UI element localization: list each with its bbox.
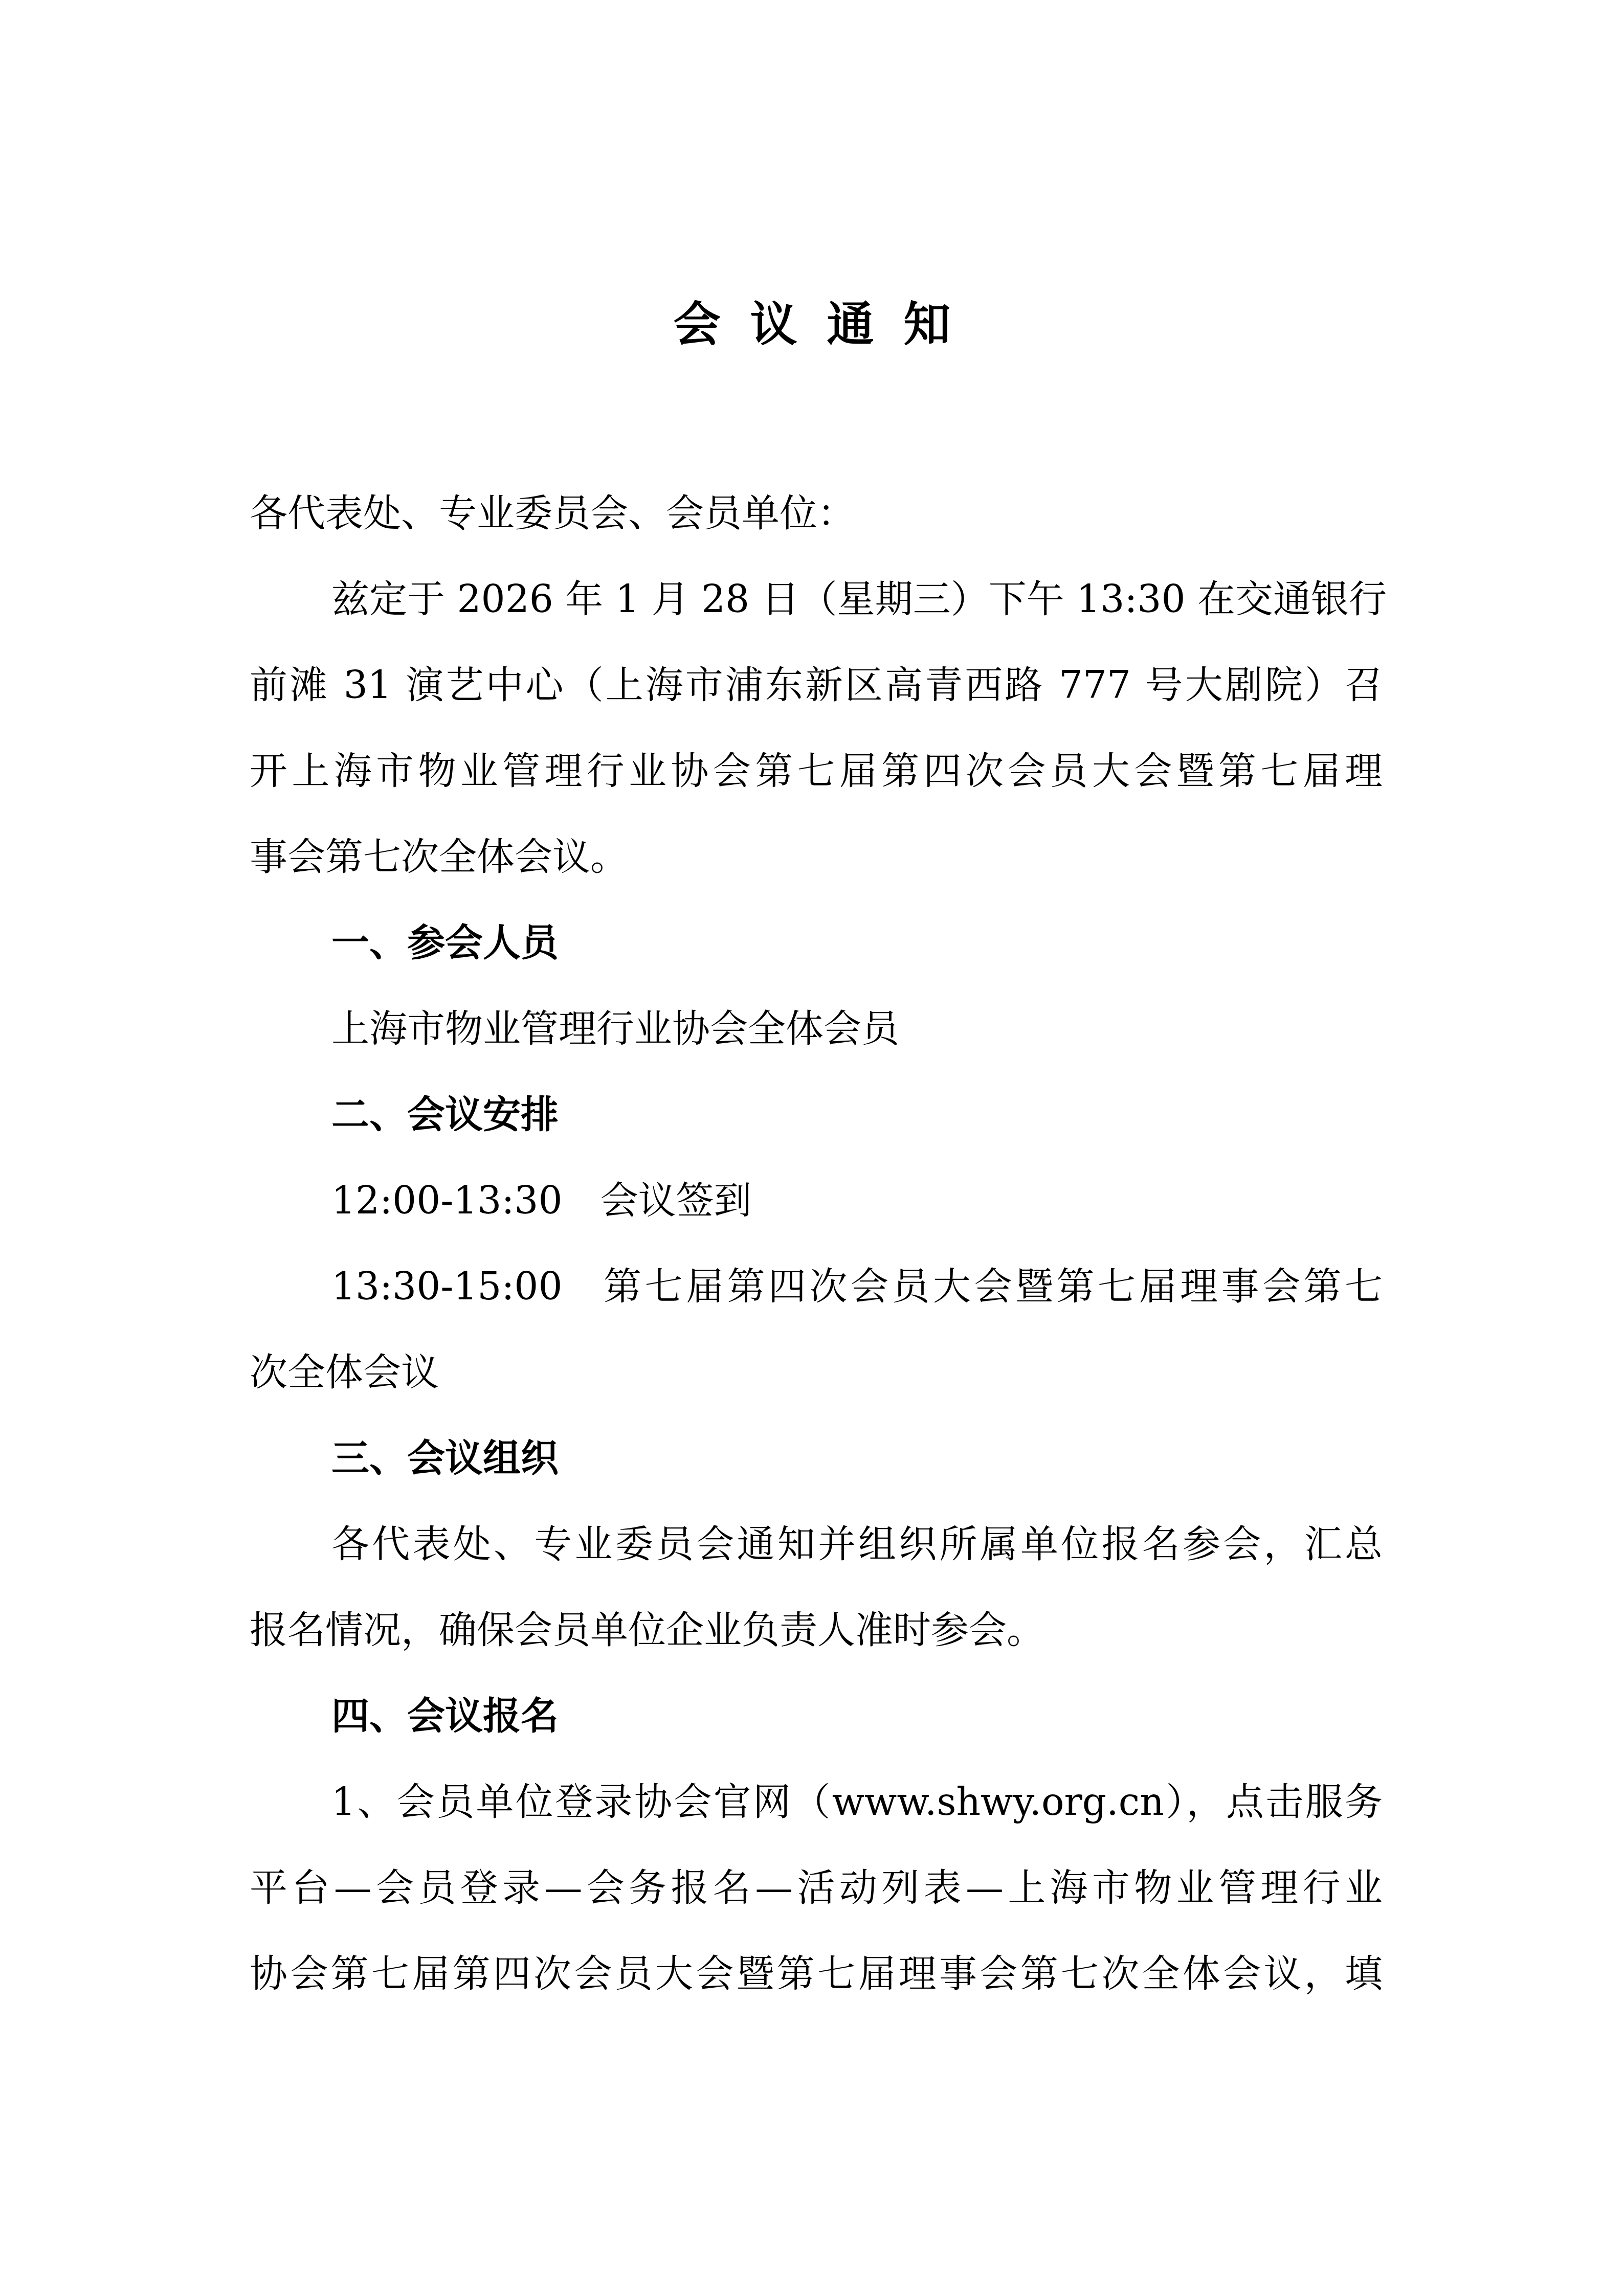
organization-line-2: 报名情况，确保会员单位企业负责人准时参会。 xyxy=(250,1587,1383,1673)
agenda-item-2-time: 13:30-15:00 xyxy=(331,1244,563,1330)
agenda-item-2: 13:30-15:00第七届第四次会员大会暨第七届理事会第七 xyxy=(250,1244,1383,1330)
organization-line-1: 各代表处、专业委员会通知并组织所属单位报名参会，汇总 xyxy=(250,1501,1383,1587)
agenda-item-1-desc: 会议签到 xyxy=(600,1179,752,1223)
section-heading-attendees: 一、参会人员 xyxy=(250,900,1383,986)
section-heading-organization: 三、会议组织 xyxy=(250,1415,1383,1501)
intro-line-2: 前滩 31 演艺中心（上海市浦东新区高青西路 777 号大剧院）召 xyxy=(250,642,1383,728)
document-title: 会议通知 xyxy=(0,294,1624,355)
registration-line-2: 平台—会员登录—会务报名—活动列表—上海市物业管理行业 xyxy=(250,1845,1383,1931)
salutation: 各代表处、专业委员会、会员单位： xyxy=(250,470,1383,556)
intro-line-1: 兹定于 2026 年 1 月 28 日（星期三）下午 13:30 在交通银行 xyxy=(250,556,1383,642)
agenda-item-1-time: 12:00-13:30 xyxy=(331,1158,563,1244)
intro-line-3: 开上海市物业管理行业协会第七届第四次会员大会暨第七届理 xyxy=(250,728,1383,814)
document-page: 会议通知 各代表处、专业委员会、会员单位： 兹定于 2026 年 1 月 28 … xyxy=(0,0,1624,2296)
section-heading-agenda: 二、会议安排 xyxy=(250,1072,1383,1158)
registration-line-3: 协会第七届第四次会员大会暨第七届理事会第七次全体会议，填 xyxy=(250,1931,1383,2017)
registration-line-1: 1、会员单位登录协会官网（www.shwy.org.cn），点击服务 xyxy=(250,1759,1383,1845)
document-body: 各代表处、专业委员会、会员单位： 兹定于 2026 年 1 月 28 日（星期三… xyxy=(250,470,1383,2017)
section-heading-registration: 四、会议报名 xyxy=(250,1673,1383,1759)
agenda-item-2-desc-cont: 次全体会议 xyxy=(250,1330,1383,1415)
agenda-item-1: 12:00-13:30会议签到 xyxy=(250,1158,1383,1244)
intro-line-4: 事会第七次全体会议。 xyxy=(250,814,1383,900)
attendees-text: 上海市物业管理行业协会全体会员 xyxy=(250,986,1383,1072)
agenda-item-2-desc: 第七届第四次会员大会暨第七届理事会第七 xyxy=(600,1265,1383,1309)
